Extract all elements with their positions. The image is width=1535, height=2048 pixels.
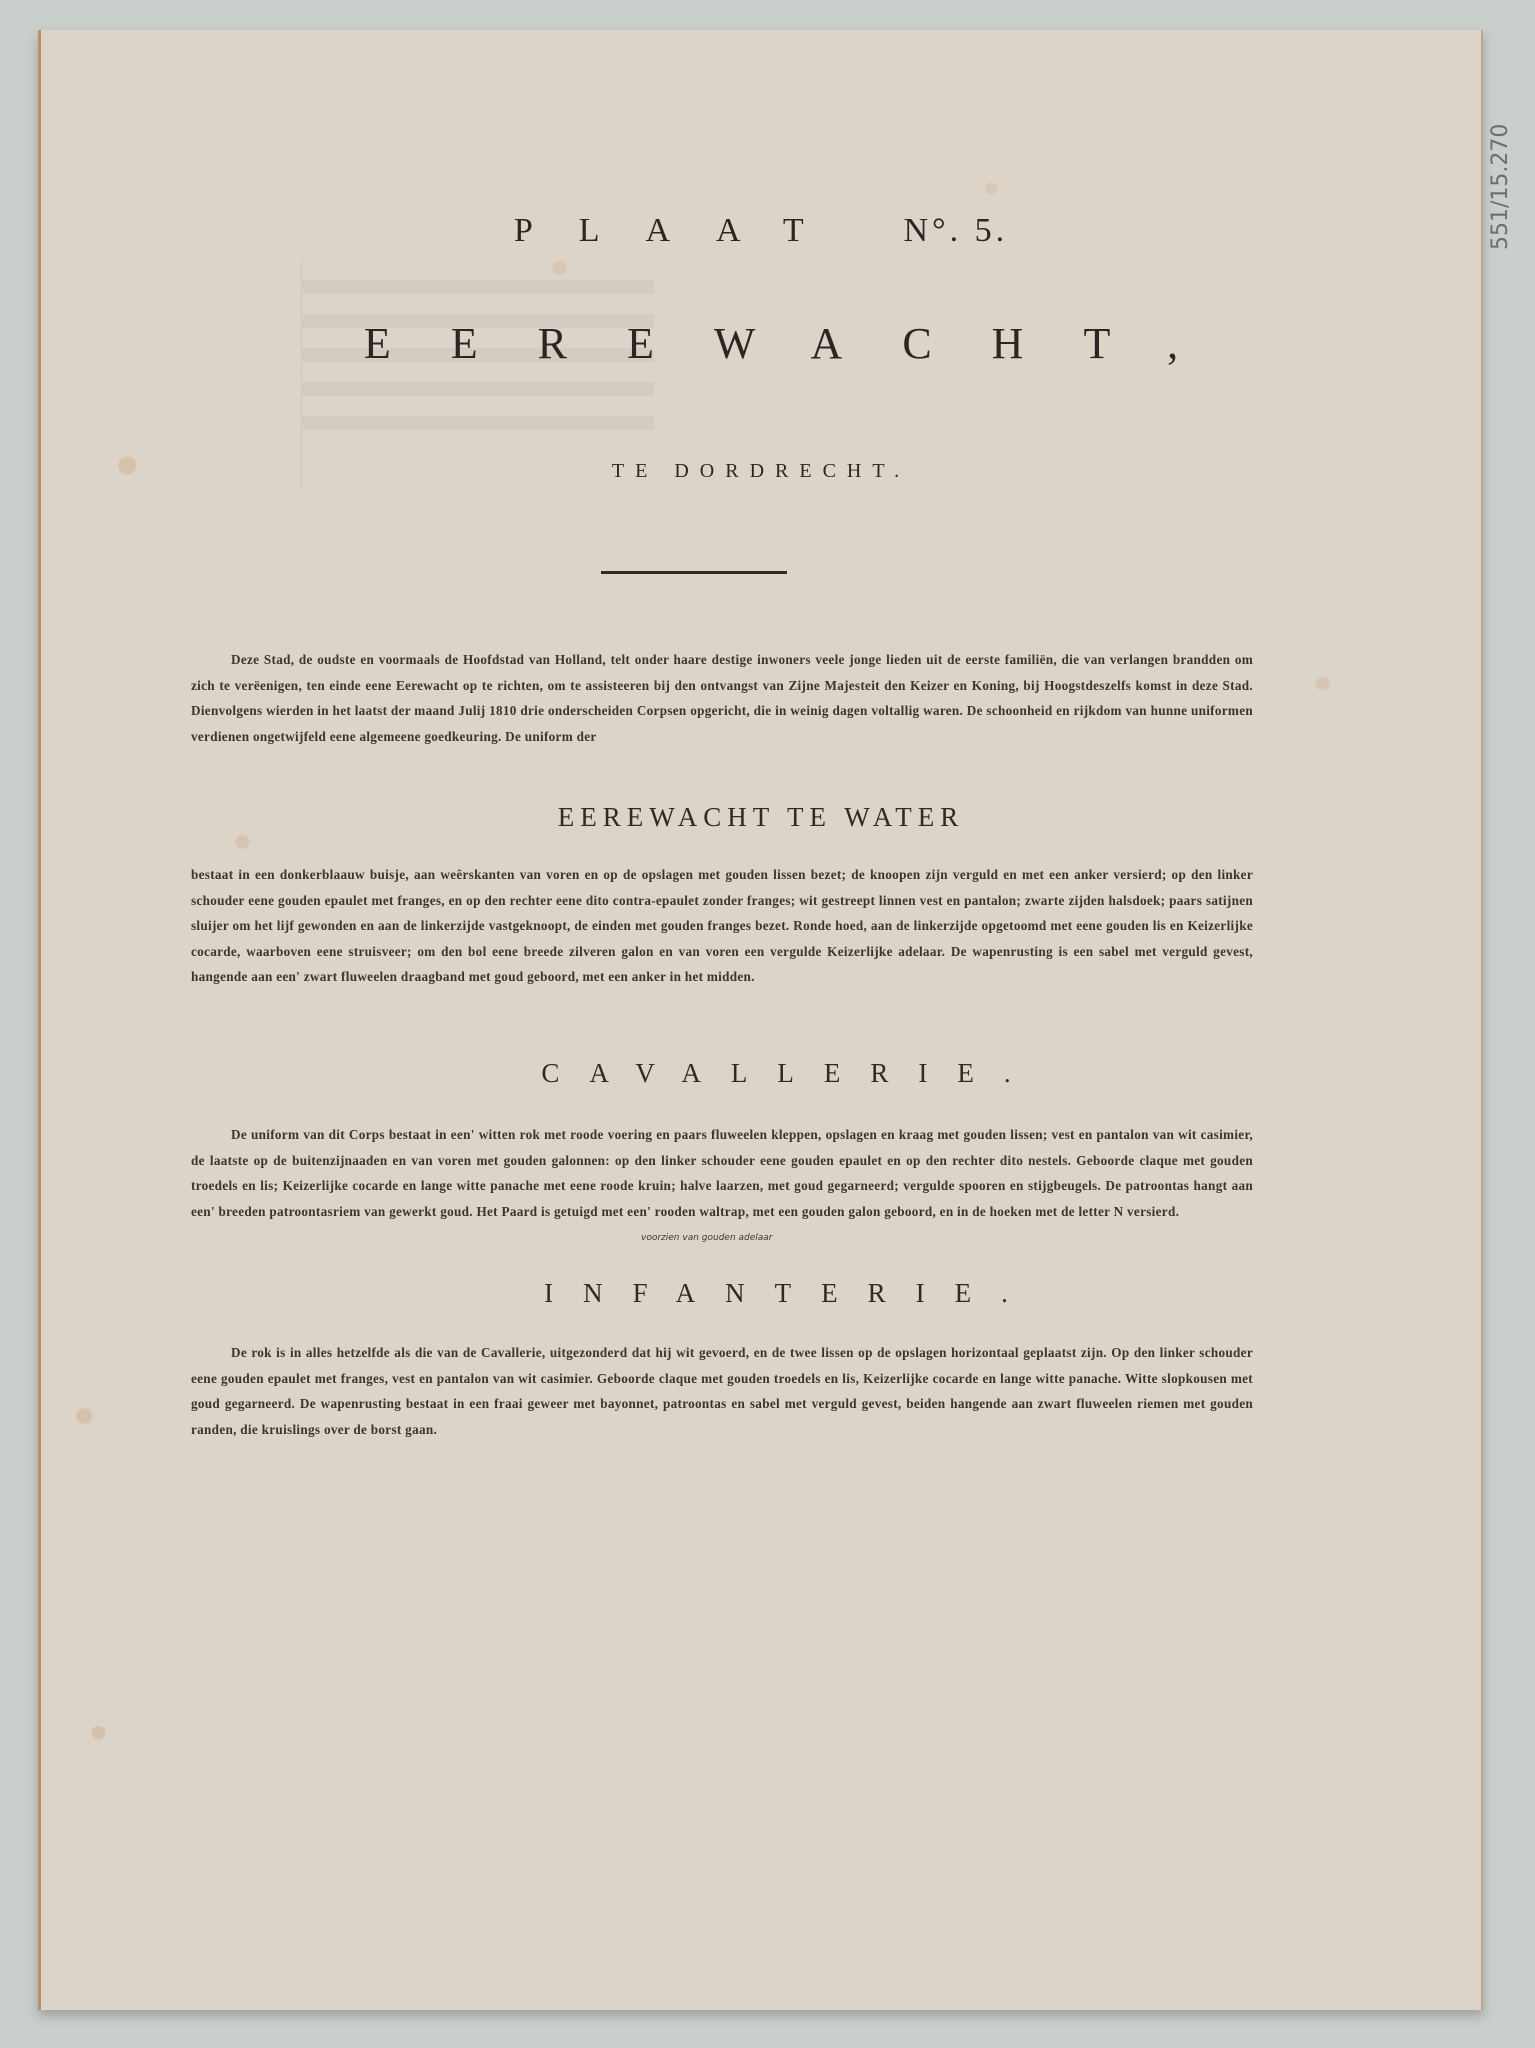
section-text-infanterie: De rok is in alles hetzelfde als die van… [191,1340,1253,1442]
plate-no: N°. 5. [904,212,1009,249]
section-heading-water: EEREWACHT TE WATER [41,802,1481,833]
bleed-through-table [301,260,1182,490]
page-title: EEREWACHT, [41,318,1521,369]
section-text-cavallerie: De uniform van dit Corps bestaat in een'… [191,1122,1253,1224]
intro-paragraph: Deze Stad, de oudste en voormaals de Hoo… [191,647,1253,749]
document-sheet: PLAAT N°. 5. EEREWACHT, TE DORDRECHT. De… [38,30,1483,2010]
section-heading-cavallerie: CAVALLERIE. [41,1058,1511,1089]
page-subtitle: TE DORDRECHT. [41,460,1481,483]
archive-number: 551/15.270 [1488,124,1513,250]
section-heading-infanterie: INFANTERIE. [41,1278,1511,1309]
plate-number: PLAAT N°. 5. [41,212,1481,250]
title-divider [601,571,787,574]
handwritten-annotation: voorzien van gouden adelaar [641,1233,773,1243]
plate-label: PLAAT [514,212,849,249]
section-text-water: bestaat in een donkerblaauw buisje, aan … [191,862,1253,990]
